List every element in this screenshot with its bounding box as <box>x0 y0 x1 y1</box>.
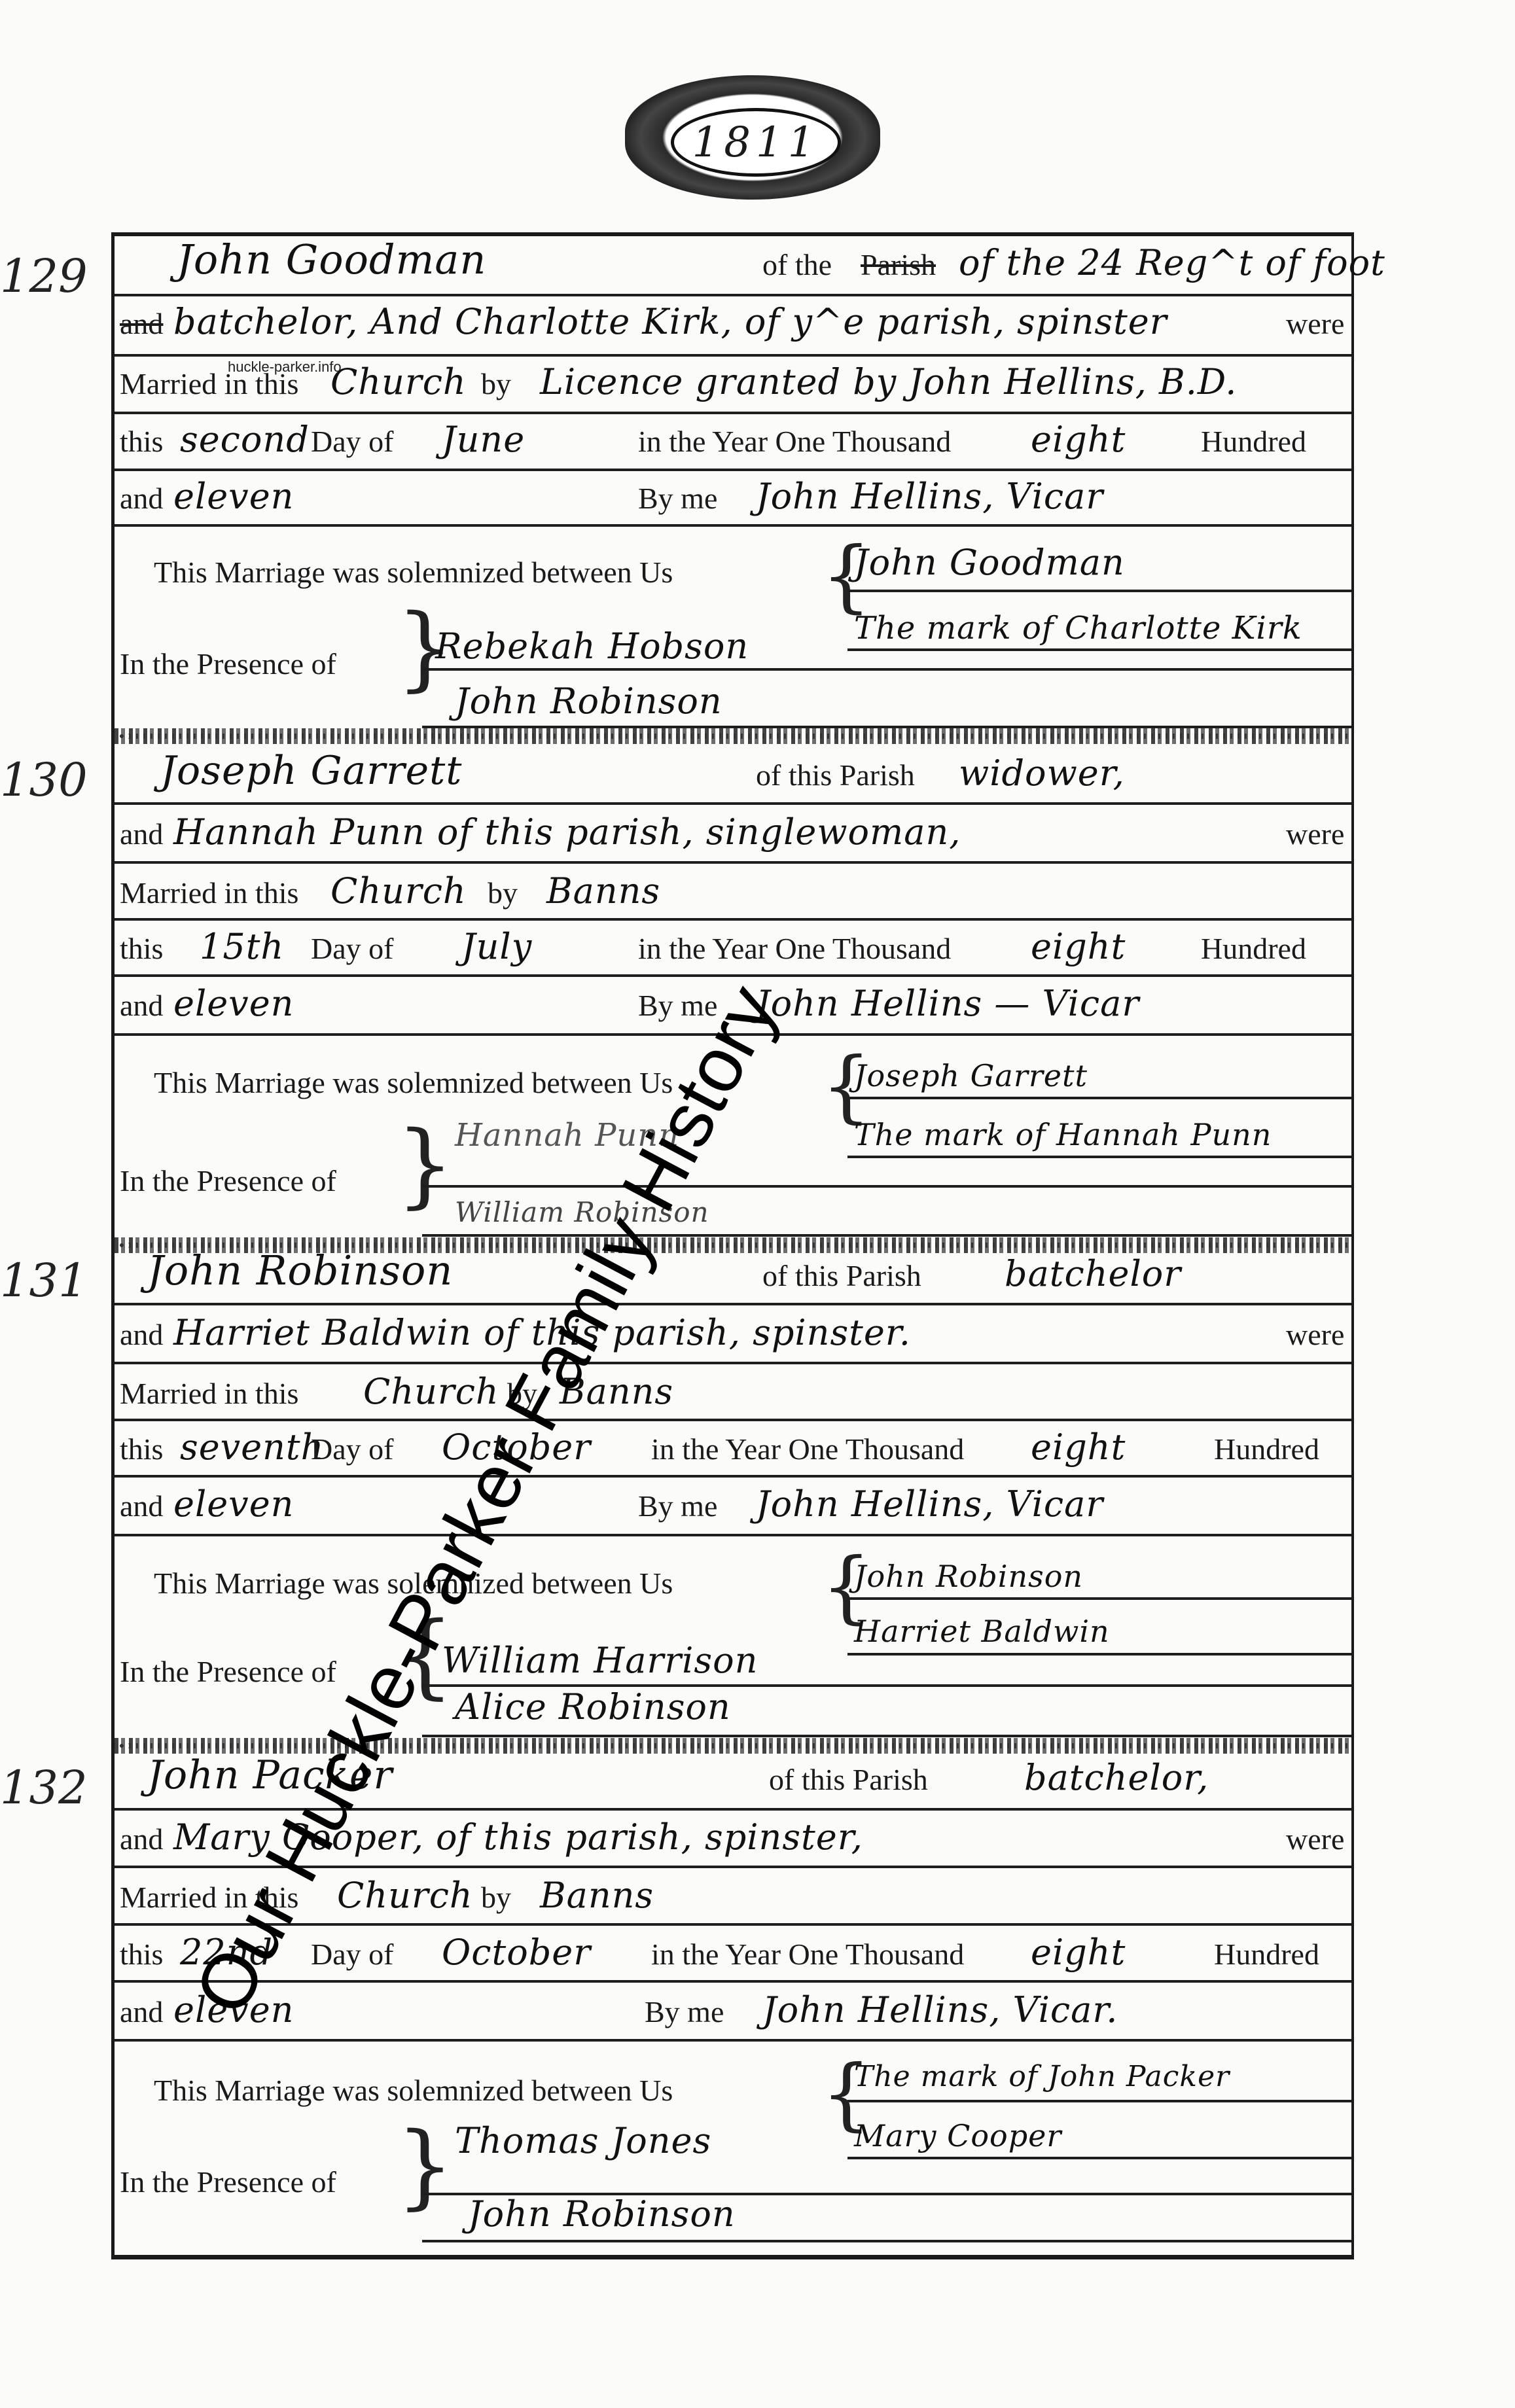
witness-1: William Harrison <box>442 1640 758 1681</box>
witness-2-row: John Robinson <box>442 675 1292 726</box>
groom-status: batchelor, <box>1024 1757 1209 1798</box>
and-label: and <box>120 988 163 1023</box>
groom-name: John Robinson <box>147 1247 453 1294</box>
day: 15th <box>200 926 284 967</box>
witness-1: Rebekah Hobson <box>435 626 749 667</box>
year-label: 1811 <box>671 108 841 177</box>
signature-groom: The mark of John Packer <box>854 2060 1230 2093</box>
presence-label: In the Presence of <box>120 1163 336 1198</box>
signature-groom: John Robinson <box>854 1559 1083 1594</box>
year-end: eleven <box>173 983 294 1024</box>
witness-2-row: William Robinson <box>442 1186 1292 1232</box>
married-in-this-label: Married in this <box>120 1376 298 1411</box>
day: seventh <box>180 1426 324 1468</box>
ornamental-divider <box>115 728 1351 744</box>
bride-row: and Harriet Baldwin of this parish, spin… <box>115 1306 1345 1357</box>
of-this-parish-label: of this Parish <box>762 1258 921 1293</box>
witness-2-row: Alice Robinson <box>442 1686 1292 1731</box>
month: October <box>442 1932 591 1973</box>
by-me-label: By me <box>638 1489 717 1523</box>
place: Church <box>330 361 467 402</box>
place: Church <box>337 1875 473 1916</box>
this-label: this <box>120 1432 163 1466</box>
officiant-row: and eleven By me John Hellins, Vicar <box>115 1478 1345 1529</box>
place: Church <box>330 870 467 912</box>
presence-label: In the Presence of <box>120 646 336 681</box>
groom-name: John Goodman <box>177 236 486 283</box>
and-label: and <box>120 1994 163 2029</box>
were-label: were <box>1286 817 1344 851</box>
of-the-label: of the <box>762 247 832 282</box>
groom-row: Joseph Garrett of this Parish widower, <box>115 747 1345 798</box>
year-cartouche: 1811 <box>625 75 880 200</box>
officiant: John Hellins, Vicar <box>756 476 1103 517</box>
and-label: and <box>120 817 163 851</box>
marriage-method: Licence granted by John Hellins, B.D. <box>540 361 1237 402</box>
this-label: this <box>120 1937 163 1972</box>
by-label: by <box>488 876 518 910</box>
signature-groom: John Goodman <box>854 542 1125 583</box>
year-end: eleven <box>173 1483 294 1525</box>
month: July <box>461 926 532 967</box>
in-the-year-label: in the Year One Thousand <box>638 424 951 459</box>
witness-2: John Robinson <box>468 2193 736 2235</box>
site-watermark: huckle-parker.info <box>228 359 342 376</box>
bride-line: Hannah Punn of this parish, singlewoman, <box>173 811 961 853</box>
officiant: John Hellins, Vicar <box>756 1483 1103 1525</box>
marriage-register-page: 129 John Goodman of the Parish of the 24… <box>111 232 1354 2259</box>
signature-bride-row: The mark of Hannah Punn <box>854 1105 1351 1156</box>
in-the-year-label: in the Year One Thousand <box>651 1432 964 1466</box>
parish-struck-label: Parish <box>861 247 936 282</box>
signature-bride: Mary Cooper <box>854 2118 1061 2153</box>
were-label: were <box>1286 306 1344 341</box>
by-label: by <box>481 1880 511 1915</box>
day-of-label: Day of <box>311 931 393 966</box>
by-me-label: By me <box>645 1994 724 2029</box>
groom-name: Joseph Garrett <box>160 748 462 794</box>
groom-status: widower, <box>959 752 1125 794</box>
register-entry-131: 131 John Robinson of this Parish batchel… <box>115 1247 1351 1748</box>
and-label: and <box>120 481 163 516</box>
in-the-year-label: in the Year One Thousand <box>651 1937 964 1972</box>
day-of-label: Day of <box>311 424 393 459</box>
and-label: and <box>120 306 163 341</box>
day-of-label: Day of <box>311 1937 393 1972</box>
marriage-method: Banns <box>546 870 660 912</box>
by-me-label: By me <box>638 481 717 516</box>
officiant: John Hellins, Vicar. <box>762 1989 1118 2030</box>
groom-parish: of the 24 Reg^t of foot <box>959 242 1385 283</box>
day: second <box>180 419 310 460</box>
date-row: this seventh Day of October in the Year … <box>115 1421 1345 1472</box>
solemnized-row: This Marriage was solemnized between Us … <box>115 2062 1345 2113</box>
place: Church <box>363 1371 499 1412</box>
day-of-label: Day of <box>311 1432 393 1466</box>
hundred-label: Hundred <box>1214 1937 1319 1972</box>
of-this-parish-label: of this Parish <box>769 1762 928 1797</box>
officiant: John Hellins — Vicar <box>756 983 1139 1024</box>
entry-number: 131 <box>0 1254 88 1307</box>
of-this-parish-label: of this Parish <box>756 758 915 792</box>
signature-bride-row: Mary Cooper <box>854 2106 1351 2157</box>
and-label: and <box>120 1489 163 1523</box>
year-hand: eight <box>1031 1426 1126 1468</box>
married-row: Married in this Church by Banns <box>115 864 1345 915</box>
bride-line: batchelor, And Charlotte Kirk, of y^e pa… <box>173 301 1167 342</box>
witness-2: Alice Robinson <box>455 1686 731 1727</box>
solemnized-label: This Marriage was solemnized between Us <box>154 2073 673 2108</box>
by-label: by <box>481 366 511 401</box>
hundred-label: Hundred <box>1201 931 1306 966</box>
bride-row: and batchelor, And Charlotte Kirk, of y^… <box>115 295 1345 346</box>
month: June <box>442 419 525 460</box>
groom-row: John Goodman of the Parish of the 24 Reg… <box>115 236 1345 287</box>
this-label: this <box>120 931 163 966</box>
hundred-label: Hundred <box>1214 1432 1319 1466</box>
year-hand: eight <box>1031 926 1126 967</box>
and-label: and <box>120 1317 163 1352</box>
entry-number: 129 <box>0 249 88 303</box>
solemnized-row: This Marriage was solemnized between Us … <box>115 544 1345 595</box>
entry-number: 130 <box>0 753 88 807</box>
groom-row: John Robinson of this Parish batchelor <box>115 1247 1345 1298</box>
married-row: Married in this Church by Banns <box>115 1365 1345 1416</box>
groom-status: batchelor <box>1005 1253 1181 1294</box>
were-label: were <box>1286 1822 1344 1856</box>
this-label: this <box>120 424 163 459</box>
officiant-row: and eleven By me John Hellins, Vicar <box>115 470 1345 521</box>
witness-2: John Robinson <box>455 681 722 722</box>
officiant-row: and eleven By me John Hellins, Vicar. <box>115 1983 1345 2034</box>
year-end: eleven <box>173 476 294 517</box>
entry-number: 132 <box>0 1761 88 1815</box>
hundred-label: Hundred <box>1201 424 1306 459</box>
bride-row: and Hannah Punn of this parish, singlewo… <box>115 806 1345 857</box>
presence-label: In the Presence of <box>120 1654 336 1689</box>
witness-2-row: John Robinson <box>442 2193 1292 2239</box>
signature-groom: Joseph Garrett <box>854 1058 1088 1093</box>
married-in-this-label: Married in this <box>120 876 298 910</box>
year-hand: eight <box>1031 1932 1126 1973</box>
year-hand: eight <box>1031 419 1126 460</box>
and-label: and <box>120 1822 163 1856</box>
signature-bride: The mark of Hannah Punn <box>854 1117 1272 1152</box>
were-label: were <box>1286 1317 1344 1352</box>
date-row: this second Day of June in the Year One … <box>115 413 1345 464</box>
solemnized-label: This Marriage was solemnized between Us <box>154 1065 673 1100</box>
register-entry-129: 129 John Goodman of the Parish of the 24… <box>115 236 1351 737</box>
presence-label: In the Presence of <box>120 2165 336 2199</box>
solemnized-label: This Marriage was solemnized between Us <box>154 555 673 590</box>
marriage-method: Banns <box>540 1875 654 1916</box>
